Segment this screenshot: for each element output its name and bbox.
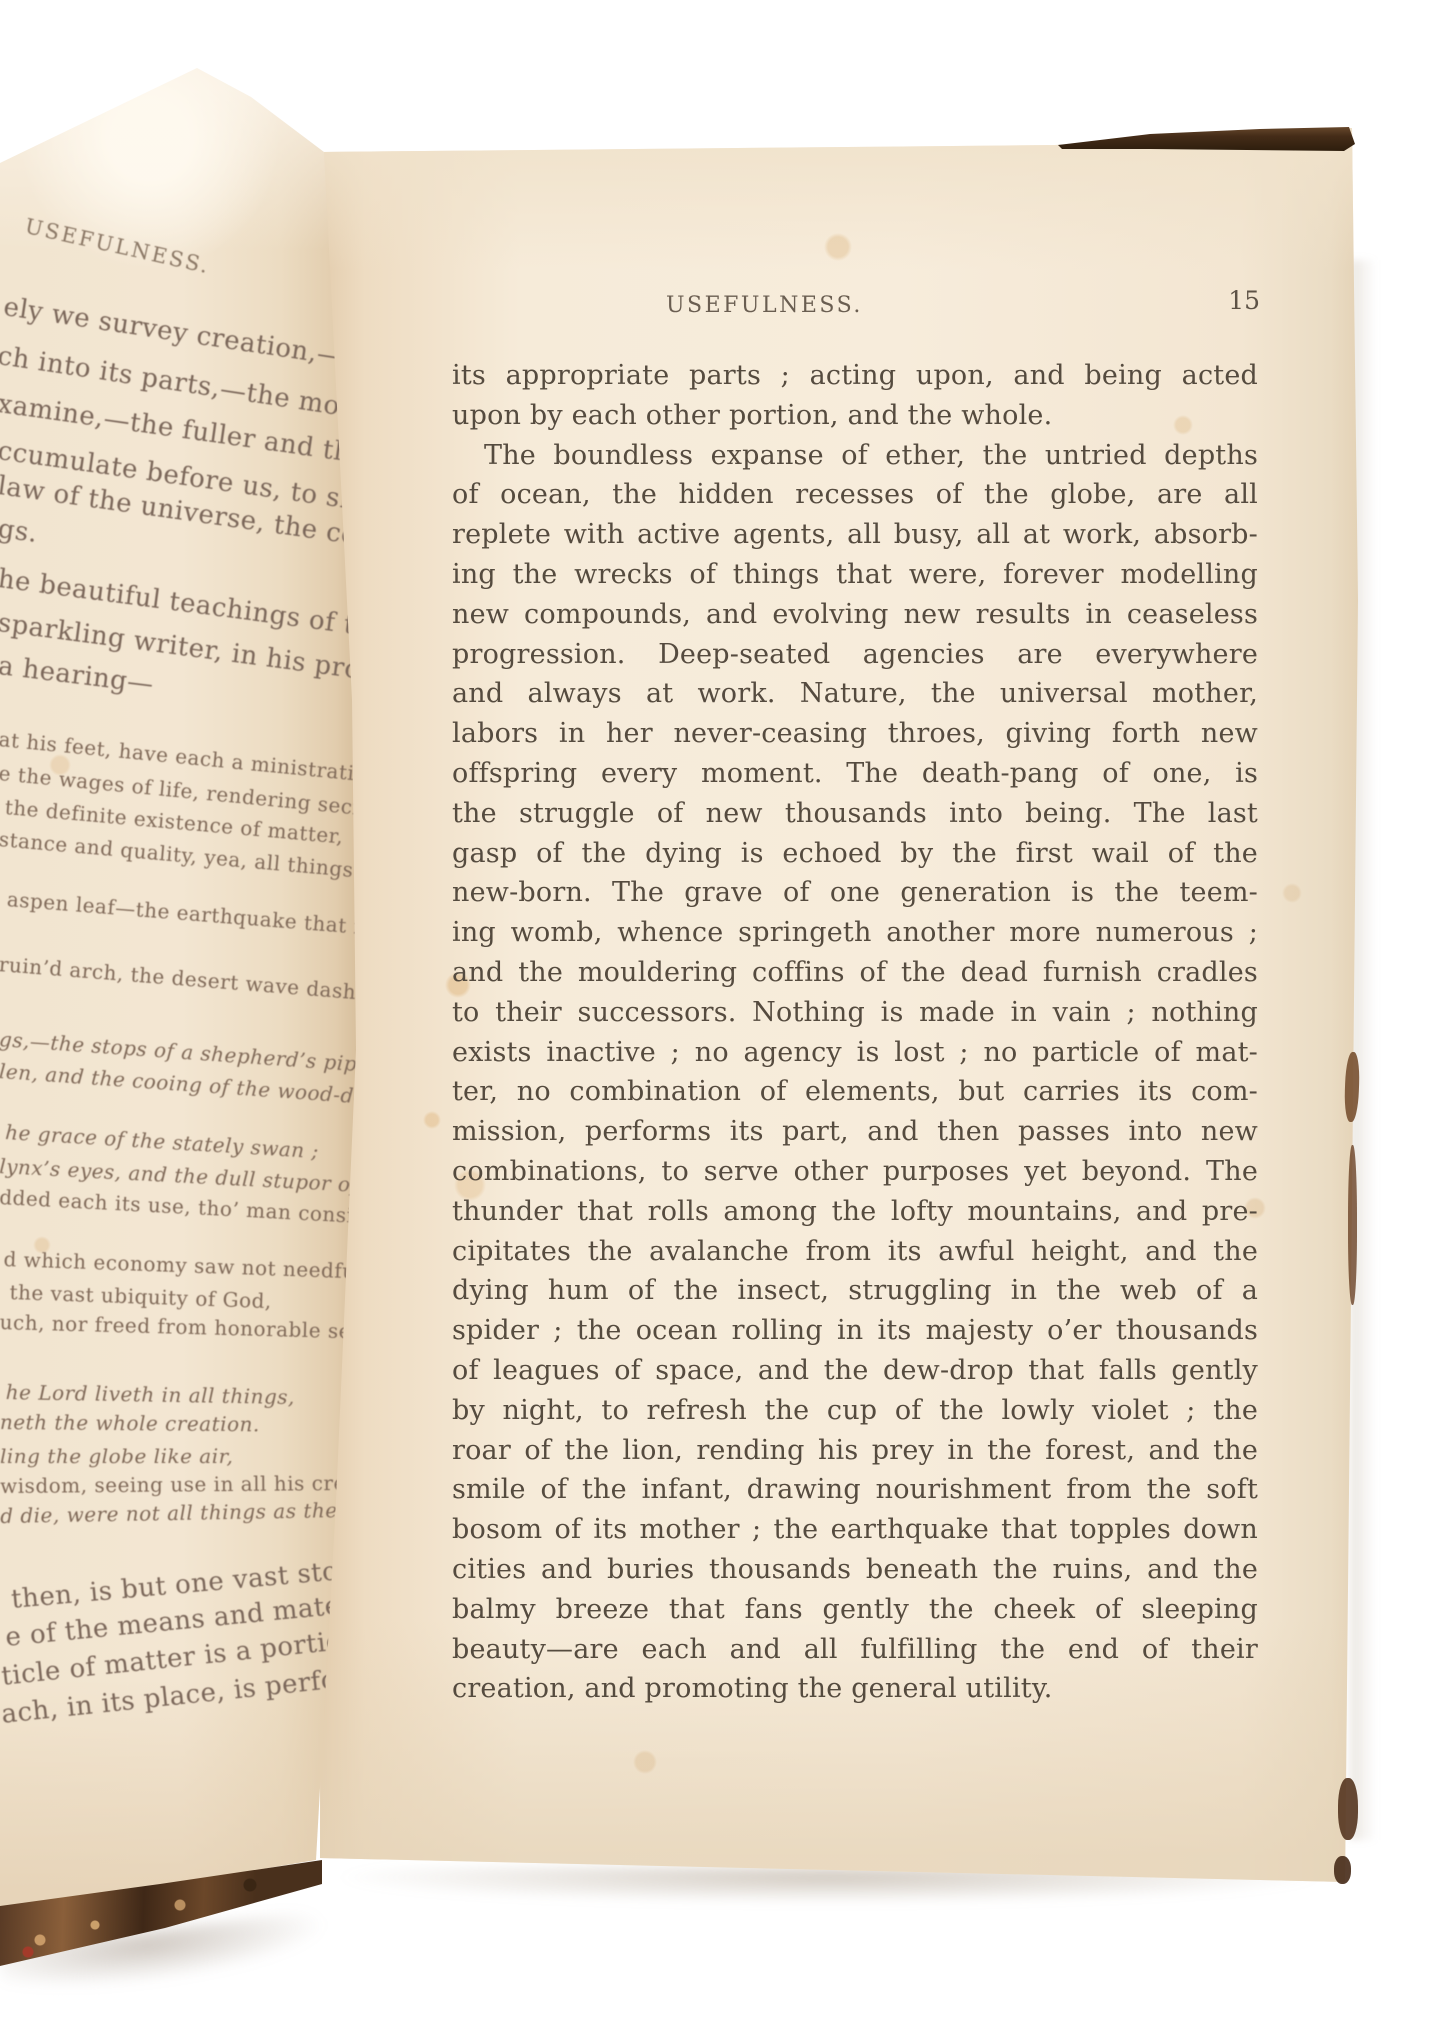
body-line: smile of the infant, drawing nourishment…: [452, 1470, 1258, 1510]
left-page-line: the vast ubiquity of God,: [9, 1280, 272, 1313]
body-line: gasp of the dying is echoed by the first…: [452, 834, 1258, 874]
body-line: creation, and promoting the general util…: [452, 1669, 1258, 1709]
body-line: new compounds, and evolving new results …: [452, 595, 1258, 635]
body-line: of leagues of space, and the dew-drop th…: [452, 1351, 1258, 1391]
body-line: thunder that rolls among the lofty mount…: [452, 1192, 1258, 1232]
left-page-line: a hearing—: [0, 651, 155, 700]
cover-edge-right: [1334, 1856, 1351, 1884]
body-line: its appropriate parts ; acting upon, and…: [452, 356, 1258, 396]
running-head: USEFULNESS.: [666, 293, 863, 318]
body-line: roar of the lion, rending his prey in th…: [452, 1431, 1258, 1471]
body-line: of ocean, the hidden recesses of the glo…: [452, 475, 1258, 515]
body-line: cipitates the avalanche from its awful h…: [452, 1232, 1258, 1272]
body-line: the struggle of new thousands into being…: [452, 794, 1258, 834]
body-line: exists inactive ; no agency is lost ; no…: [452, 1033, 1258, 1073]
body-line: dying hum of the insect, struggling in t…: [452, 1271, 1258, 1311]
body-line: ing the wrecks of things that were, fore…: [452, 555, 1258, 595]
body-text: its appropriate parts ; acting upon, and…: [452, 356, 1258, 1709]
body-line: new-born. The grave of one generation is…: [452, 873, 1258, 913]
body-line: offspring every moment. The death-pang o…: [452, 754, 1258, 794]
body-line: The boundless expanse of ether, the untr…: [452, 436, 1258, 476]
body-line: mission, performs its part, and then pas…: [452, 1112, 1258, 1152]
body-line: ter, no combination of elements, but car…: [452, 1072, 1258, 1112]
body-line: cities and buries thousands beneath the …: [452, 1550, 1258, 1590]
left-page-line: gs.: [0, 514, 39, 549]
body-line: progression. Deep-seated agencies are ev…: [452, 635, 1258, 675]
body-line: beauty—are each and all fulfilling the e…: [452, 1630, 1258, 1670]
body-line: combinations, to serve other purposes ye…: [452, 1152, 1258, 1192]
left-page-line: he Lord liveth in all things,: [6, 1380, 296, 1409]
body-line: ing womb, whence springeth another more …: [452, 913, 1258, 953]
body-line: and always at work. Nature, the universa…: [452, 674, 1258, 714]
body-line: to their successors. Nothing is made in …: [452, 993, 1258, 1033]
body-line: labors in her never-ceasing throes, givi…: [452, 714, 1258, 754]
open-book-photo: USEFULNESS. 15 its appropriate parts ; a…: [0, 0, 1445, 2023]
body-line: by night, to refresh the cup of the lowl…: [452, 1391, 1258, 1431]
running-head: USEFULNESS.: [23, 214, 213, 278]
left-page-line: neth the whole creation.: [0, 1410, 260, 1436]
body-line: balmy breeze that fans gently the cheek …: [452, 1590, 1258, 1630]
body-line: upon by each other portion, and the whol…: [452, 396, 1258, 436]
cover-edge-right: [1338, 1778, 1358, 1840]
body-line: bosom of its mother ; the earthquake tha…: [452, 1510, 1258, 1550]
body-line: spider ; the ocean rolling in its majest…: [452, 1311, 1258, 1351]
cover-edge-right: [1348, 1145, 1357, 1305]
body-line: and the mouldering coffins of the dead f…: [452, 953, 1258, 993]
left-page-line: ling the globe like air,: [0, 1444, 233, 1468]
left-page-line: d which economy saw not needful.: [3, 1247, 370, 1284]
body-line: replete with active agents, all busy, al…: [452, 515, 1258, 555]
page-number: 15: [1212, 286, 1260, 315]
